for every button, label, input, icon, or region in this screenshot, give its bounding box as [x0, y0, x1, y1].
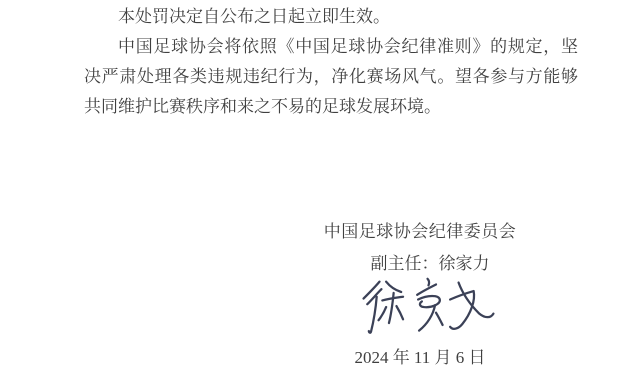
handwritten-signature-image — [341, 276, 499, 340]
document-page: 本处罚决定自公布之日起立即生效。 中国足球协会将依照《中国足球协会纪律准则》的规… — [0, 0, 640, 387]
body-text: 本处罚决定自公布之日起立即生效。 中国足球协会将依照《中国足球协会纪律准则》的规… — [84, 2, 578, 122]
date-line: 2024 年 11 月 6 日 — [318, 348, 522, 368]
signature-block: 中国足球协会纪律委员会 副主任：徐家力 — [318, 222, 522, 368]
body-line-3: 决严肃处理各类违规违纪行为，净化赛场风气。望各参与方能够 — [84, 62, 578, 92]
signature-strokes — [364, 279, 494, 333]
body-line-1: 本处罚决定自公布之日起立即生效。 — [84, 2, 578, 32]
signer-title: 副主任：徐家力 — [318, 254, 522, 274]
organization-name: 中国足球协会纪律委员会 — [318, 222, 522, 242]
body-line-4: 共同维护比赛秩序和来之不易的足球发展环境。 — [84, 92, 578, 122]
body-line-2: 中国足球协会将依照《中国足球协会纪律准则》的规定，坚 — [84, 32, 578, 62]
